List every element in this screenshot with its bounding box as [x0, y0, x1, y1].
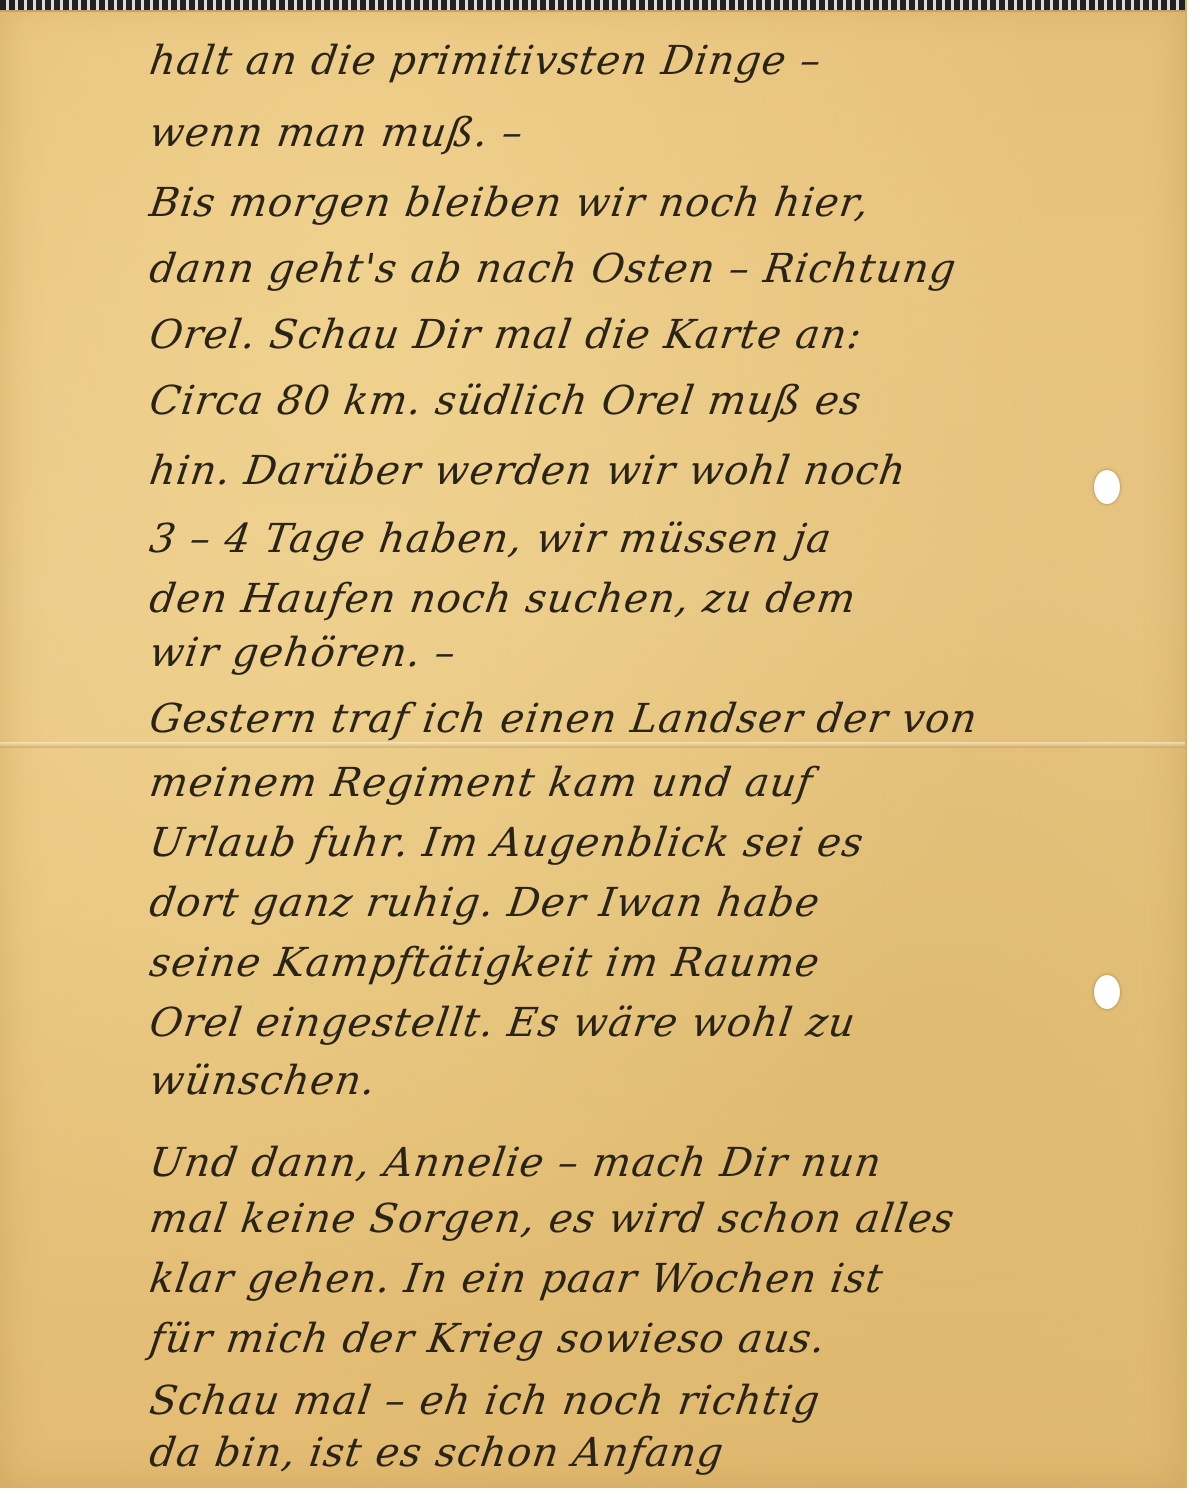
handwritten-line: den Haufen noch suchen, zu dem [147, 576, 859, 622]
handwritten-line: meinem Regiment kam und auf [147, 760, 816, 806]
handwritten-line: halt an die primitivsten Dinge – [147, 38, 825, 84]
handwritten-line: da bin, ist es schon Anfang [147, 1430, 727, 1476]
handwritten-line: dann geht's ab nach Osten – Richtung [147, 246, 960, 292]
handwritten-line: Bis morgen bleiben wir noch hier, [147, 180, 873, 226]
punch-hole [1094, 975, 1120, 1009]
handwritten-line: wenn man muß. – [147, 110, 527, 156]
handwritten-line: wir gehören. – [147, 630, 459, 676]
handwritten-line: dort ganz ruhig. Der Iwan habe [147, 880, 823, 926]
letter-page: halt an die primitivsten Dinge – wenn ma… [0, 0, 1187, 1488]
handwritten-line: 3 – 4 Tage haben, wir müssen ja [147, 516, 835, 562]
handwritten-line: klar gehen. In ein paar Wochen ist [147, 1256, 887, 1302]
fold-crease [0, 742, 1185, 748]
handwritten-line: wünschen. [147, 1058, 379, 1104]
handwritten-line: seine Kampftätigkeit im Raume [147, 940, 823, 986]
handwritten-line: mal keine Sorgen, es wird schon alles [147, 1196, 958, 1242]
perforated-edge [0, 0, 1185, 12]
handwritten-line: Und dann, Annelie – mach Dir nun [147, 1140, 885, 1186]
handwritten-line: hin. Darüber werden wir wohl noch [147, 448, 909, 494]
handwritten-line: Orel. Schau Dir mal die Karte an: [147, 312, 865, 358]
handwritten-line: Orel eingestellt. Es wäre wohl zu [147, 1000, 859, 1046]
handwritten-line: Circa 80 km. südlich Orel muß es [147, 378, 865, 424]
handwritten-line: Urlaub fuhr. Im Augenblick sei es [147, 820, 867, 866]
punch-hole [1094, 470, 1120, 504]
handwritten-line: Gestern traf ich einen Landser der von [147, 696, 981, 742]
handwritten-line: Schau mal – eh ich noch richtig [147, 1378, 823, 1424]
handwritten-line: für mich der Krieg sowieso aus. [147, 1316, 829, 1362]
